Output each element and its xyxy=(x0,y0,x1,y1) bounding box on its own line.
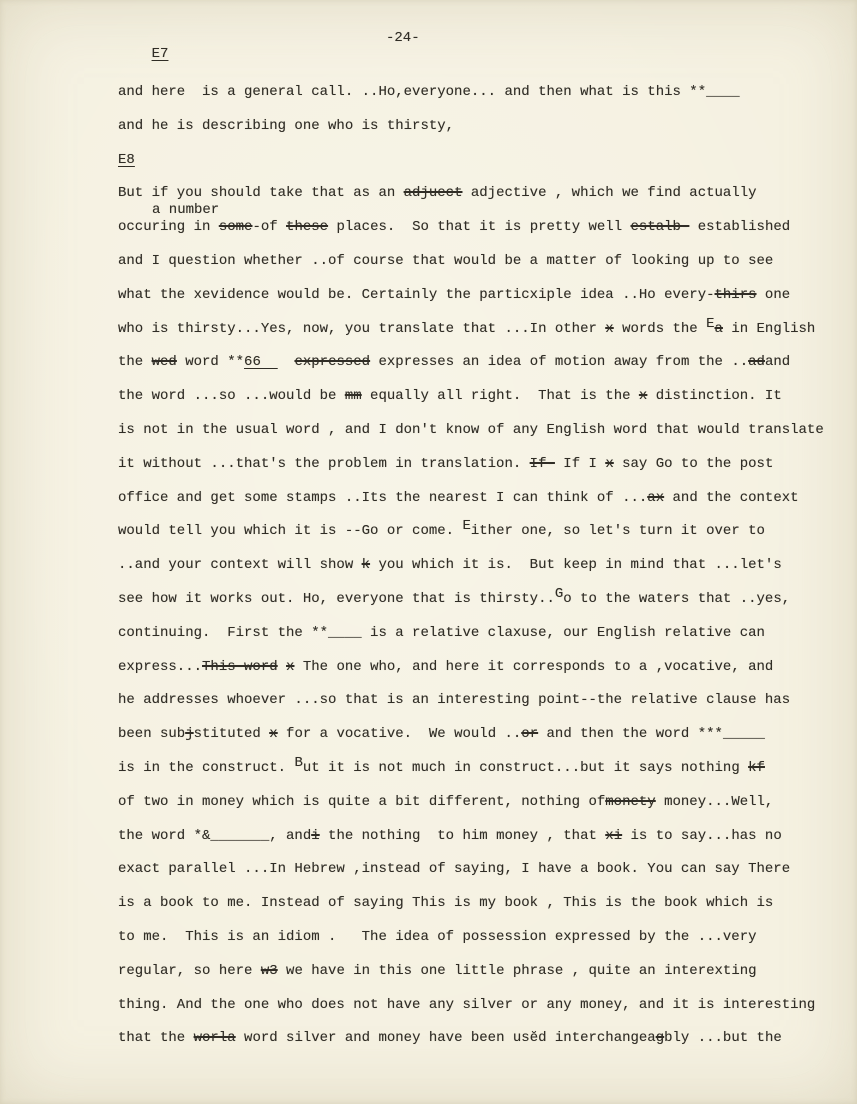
text-line: is a book to me. Instead of saying This … xyxy=(118,895,773,912)
inserted-text: a number xyxy=(152,202,219,219)
text-segment: we have in this one little phrase , quit… xyxy=(278,963,757,979)
struck-text: x xyxy=(605,456,613,472)
text-segment: regular, so here xyxy=(118,963,261,979)
text-segment: say Go to the post xyxy=(614,456,774,472)
struck-text: these xyxy=(286,219,328,235)
struck-text: This-word xyxy=(202,659,278,675)
text-line: who is thirsty...Yes, now, you translate… xyxy=(118,321,815,338)
text-line: office and get some stamps ..Its the nea… xyxy=(118,490,799,507)
text-segment xyxy=(278,659,286,675)
text-segment: been sub xyxy=(118,726,185,742)
text-line: to me. This is an idiom . The idea of po… xyxy=(118,929,757,946)
text-segment: and here is a general call. ..Ho,everyon… xyxy=(118,84,740,100)
text-segment: is not in the usual word , and I don't k… xyxy=(118,422,824,438)
struck-text: monety xyxy=(605,794,655,810)
text-segment: places. So that it is pretty well xyxy=(328,219,630,235)
text-segment: ither one, so let's turn it over to xyxy=(471,523,765,539)
text-segment: see how it works out. Ho, everyone that … xyxy=(118,591,555,607)
text-line: thing. And the one who does not have any… xyxy=(118,997,815,1014)
text-segment: the word *&_______, and xyxy=(118,828,311,844)
text-segment: word ** xyxy=(177,354,244,370)
text-segment: is in the construct. xyxy=(118,760,294,776)
text-line: continuing. First the **____ is a relati… xyxy=(118,625,765,642)
text-segment: and the context xyxy=(664,490,798,506)
struck-text: adjuect xyxy=(404,185,463,201)
text-segment: of two in money which is quite a bit dif… xyxy=(118,794,605,810)
text-segment: the word ...so ...would be xyxy=(118,388,345,404)
typewritten-page: E7 -24- and here is a general call. ..Ho… xyxy=(0,0,857,1104)
text-segment: and then the word ***_____ xyxy=(538,726,765,742)
struck-text: If- xyxy=(530,456,555,472)
struck-text: or xyxy=(521,726,538,742)
struck-text: x xyxy=(269,726,277,742)
text-segment: occuring in xyxy=(118,219,219,235)
struck-text: mm xyxy=(345,388,362,404)
text-segment: bly ...but the xyxy=(664,1030,782,1046)
text-segment: and he is describing one who is thirsty, xyxy=(118,118,454,134)
text-segment: But if you should take that as an xyxy=(118,185,404,201)
text-segment: If I xyxy=(555,456,605,472)
text-segment: what the xevidence would be. Certainly t… xyxy=(118,287,715,303)
text-segment: -of xyxy=(252,219,286,235)
text-line: of two in money which is quite a bit dif… xyxy=(118,794,773,811)
text-segment: The one who, and here it corresponds to … xyxy=(294,659,773,675)
text-line: is not in the usual word , and I don't k… xyxy=(118,422,824,439)
text-segment: one xyxy=(757,287,791,303)
text-segment: who is thirsty...Yes, now, you translate… xyxy=(118,321,605,337)
page-header: E7 -24- xyxy=(118,30,818,50)
text-segment: o to the waters that ..yes, xyxy=(563,591,790,607)
text-segment: that the xyxy=(118,1030,194,1046)
text-line: see how it works out. Ho, everyone that … xyxy=(118,591,790,608)
text-line: ..and your context will show k you which… xyxy=(118,557,782,574)
section-heading: E8 xyxy=(118,152,135,169)
text-line: the word *&_______, andi the nothing to … xyxy=(118,828,782,845)
text-line: that the worla word silver and money hav… xyxy=(118,1030,782,1047)
text-segment: stituted xyxy=(194,726,270,742)
raised-letter: E xyxy=(706,316,714,332)
text-segment: words the xyxy=(614,321,706,337)
raised-letter: G xyxy=(555,586,563,602)
struck-text: x xyxy=(605,321,613,337)
struck-text: w3 xyxy=(261,963,278,979)
text-segment: exact parallel ...In Hebrew ,instead of … xyxy=(118,861,790,877)
text-line: the wed word **66 expressed expresses an… xyxy=(118,354,790,371)
text-segment: adjective , which we find actually xyxy=(462,185,756,201)
text-segment: is a book to me. Instead of saying This … xyxy=(118,895,773,911)
text-segment: distinction. It xyxy=(647,388,781,404)
text-segment: he addresses whoever ...so that is an in… xyxy=(118,692,790,708)
struck-text: k xyxy=(362,557,370,573)
text-segment: and I question whether ..of course that … xyxy=(118,253,773,269)
text-segment: in English xyxy=(723,321,815,337)
text-segment: thing. And the one who does not have any… xyxy=(118,997,815,1013)
struck-text: thirs xyxy=(715,287,757,303)
text-line: it without ...that's the problem in tran… xyxy=(118,456,773,473)
raised-letter: B xyxy=(294,755,302,771)
text-segment: established xyxy=(689,219,790,235)
text-segment: the nothing to him money , that xyxy=(320,828,606,844)
text-segment: office and get some stamps ..Its the nea… xyxy=(118,490,647,506)
struck-text: wed xyxy=(152,354,177,370)
underlined-text: 66 xyxy=(244,354,278,370)
text-line: But if you should take that as an adjuec… xyxy=(118,185,757,202)
struck-text: estalb- xyxy=(631,219,690,235)
text-segment: for a vocative. We would .. xyxy=(278,726,522,742)
struck-text: g xyxy=(656,1030,664,1046)
text-segment: equally all right. That is the xyxy=(362,388,639,404)
text-segment xyxy=(278,354,295,370)
text-segment: word silver and money have been usĕd int… xyxy=(236,1030,656,1046)
text-line: exact parallel ...In Hebrew ,instead of … xyxy=(118,861,790,878)
text-segment: ut it is not much in construct...but it … xyxy=(303,760,748,776)
text-line: would tell you which it is --Go or come.… xyxy=(118,523,765,540)
struck-text: ax xyxy=(647,490,664,506)
text-segment: and xyxy=(765,354,790,370)
struck-text: expressed xyxy=(294,354,370,370)
text-segment: to me. This is an idiom . The idea of po… xyxy=(118,929,757,945)
text-segment: continuing. First the **____ is a relati… xyxy=(118,625,765,641)
text-segment: the xyxy=(118,354,152,370)
raised-letter: E xyxy=(462,518,470,534)
text-line: and here is a general call. ..Ho,everyon… xyxy=(118,84,740,101)
struck-text: kf xyxy=(748,760,765,776)
text-segment: money...Well, xyxy=(656,794,774,810)
text-segment: expresses an idea of motion away from th… xyxy=(370,354,748,370)
text-line: and he is describing one who is thirsty, xyxy=(118,118,454,135)
text-line: is in the construct. But it is not much … xyxy=(118,760,765,777)
text-segment: would tell you which it is --Go or come. xyxy=(118,523,462,539)
page-number: -24- xyxy=(386,30,420,46)
underlined-text: E8 xyxy=(118,152,135,168)
text-segment: you which it is. But keep in mind that .… xyxy=(370,557,782,573)
text-segment: is to say...has no xyxy=(622,828,782,844)
struck-text: worla xyxy=(194,1030,236,1046)
struck-text: ad xyxy=(748,354,765,370)
struck-text: xi xyxy=(605,828,622,844)
struck-text: i xyxy=(311,828,319,844)
text-line: express...This-word x The one who, and h… xyxy=(118,659,773,676)
text-line: the word ...so ...would be mm equally al… xyxy=(118,388,782,405)
text-line: he addresses whoever ...so that is an in… xyxy=(118,692,790,709)
text-line: been subjstituted x for a vocative. We w… xyxy=(118,726,765,743)
text-line: occuring in some-of these places. So tha… xyxy=(118,219,790,236)
text-line: regular, so here w3 we have in this one … xyxy=(118,963,757,980)
text-line: what the xevidence would be. Certainly t… xyxy=(118,287,790,304)
text-segment: express... xyxy=(118,659,202,675)
text-segment: it without ...that's the problem in tran… xyxy=(118,456,530,472)
struck-text: some xyxy=(219,219,253,235)
struck-text: j xyxy=(185,726,193,742)
text-line: and I question whether ..of course that … xyxy=(118,253,773,270)
struck-text: a xyxy=(715,321,723,337)
section-label-e7: E7 xyxy=(152,46,169,62)
text-segment: ..and your context will show xyxy=(118,557,362,573)
